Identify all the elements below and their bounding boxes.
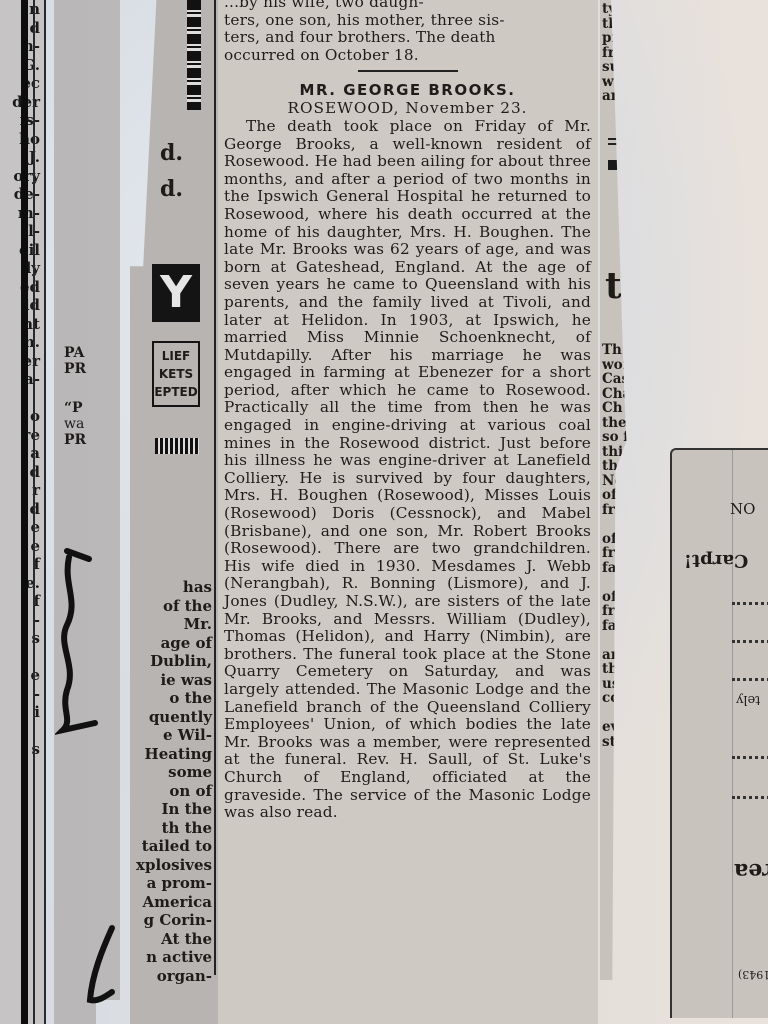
left-column-line: At the bbox=[132, 930, 212, 949]
dotted-leader bbox=[732, 602, 768, 605]
left-column-line: of the bbox=[132, 597, 212, 616]
left-column-line: on of bbox=[132, 782, 212, 801]
column-rule-thick bbox=[21, 0, 28, 1024]
preceding-text-line: ...by his wife, two daugh- bbox=[224, 0, 591, 12]
left-column-line: xplosives bbox=[132, 856, 212, 875]
upside-down-text-rea: rea bbox=[734, 858, 768, 884]
left-column-line: Heating bbox=[132, 745, 212, 764]
ad-border-pattern bbox=[187, 0, 201, 110]
upside-down-text-heading: Carpt! bbox=[684, 550, 748, 571]
ad-border-pattern-bottom bbox=[155, 438, 199, 454]
left-column-line: has bbox=[132, 578, 212, 597]
handwritten-l-mark bbox=[82, 920, 122, 1010]
column-rule-thin bbox=[33, 0, 35, 1024]
article-body: The death took place on Friday of Mr. Ge… bbox=[224, 118, 591, 822]
preceding-article-ending: ...by his wife, two daugh-ters, one son,… bbox=[224, 0, 591, 64]
left-column-line: Mr. bbox=[132, 615, 212, 634]
article-headline: MR. GEORGE BROOKS. bbox=[224, 80, 591, 100]
handwritten-bracket-mark bbox=[55, 545, 105, 740]
preceding-text-line: ters, and four brothers. The death bbox=[224, 29, 591, 47]
ad-box-line: EPTED bbox=[154, 383, 198, 401]
mid-left-clipping: PA PR “P wa PR bbox=[88, 0, 120, 1000]
upside-down-clipping: NO Carpt! tely rea (1943) bbox=[670, 448, 768, 1018]
left-column-line: America bbox=[132, 893, 212, 912]
inner-column-rule bbox=[732, 450, 733, 1018]
dotted-leader bbox=[732, 640, 768, 643]
dotted-leader bbox=[732, 678, 768, 681]
upside-down-text-year: (1943) bbox=[738, 968, 768, 981]
dotted-leader bbox=[732, 756, 768, 759]
mid-left-text-4: wa bbox=[64, 416, 84, 432]
mid-left-text-2: PR bbox=[64, 361, 86, 377]
left-column-line: In the bbox=[132, 800, 212, 819]
mid-left-text-1: PA bbox=[64, 345, 84, 361]
ad-text-d-1: d. bbox=[160, 142, 183, 164]
column-rule-thin bbox=[44, 0, 46, 1024]
preceding-text-line: occurred on October 18. bbox=[224, 47, 591, 65]
left-column-line: g Corin- bbox=[132, 911, 212, 930]
article-divider bbox=[358, 70, 458, 72]
left-column-line: organ- bbox=[132, 967, 212, 986]
left-column-line: o the bbox=[132, 689, 212, 708]
ad-relief-tickets-box: LIEF KETS EPTED bbox=[152, 341, 200, 407]
ad-box-line: LIEF bbox=[154, 347, 198, 365]
left-column-line: th the bbox=[132, 819, 212, 838]
left-column-line: e Wil- bbox=[132, 726, 212, 745]
dotted-leader bbox=[732, 796, 768, 799]
article-dateline: ROSEWOOD, November 23. bbox=[224, 100, 591, 118]
obituary-article: ...by his wife, two daugh-ters, one son,… bbox=[218, 0, 598, 1024]
left-column-line: tailed to bbox=[132, 837, 212, 856]
ad-box-line: KETS bbox=[154, 365, 198, 383]
preceding-text-line: ters, one son, his mother, three sis- bbox=[224, 12, 591, 30]
mid-left-text-5: PR bbox=[64, 432, 86, 448]
left-column-line: age of bbox=[132, 634, 212, 653]
left-column-line: a prom- bbox=[132, 874, 212, 893]
left-column-line: Dublin, bbox=[132, 652, 212, 671]
upside-down-text-no: NO bbox=[730, 500, 755, 518]
upside-down-text-tely: tely bbox=[736, 692, 760, 707]
left-column-line: some bbox=[132, 763, 212, 782]
left-column-line: ie was bbox=[132, 671, 212, 690]
left-column-line: quently bbox=[132, 708, 212, 727]
mid-left-text-3: “P bbox=[64, 400, 83, 416]
ad-text-d-2: d. bbox=[160, 178, 183, 200]
left-column-text: hasof theMr.age ofDublin,ie waso thequen… bbox=[132, 578, 212, 985]
left-column-line: n active bbox=[132, 948, 212, 967]
column-rule bbox=[214, 0, 216, 975]
ad-letter-block: Y bbox=[152, 264, 200, 322]
